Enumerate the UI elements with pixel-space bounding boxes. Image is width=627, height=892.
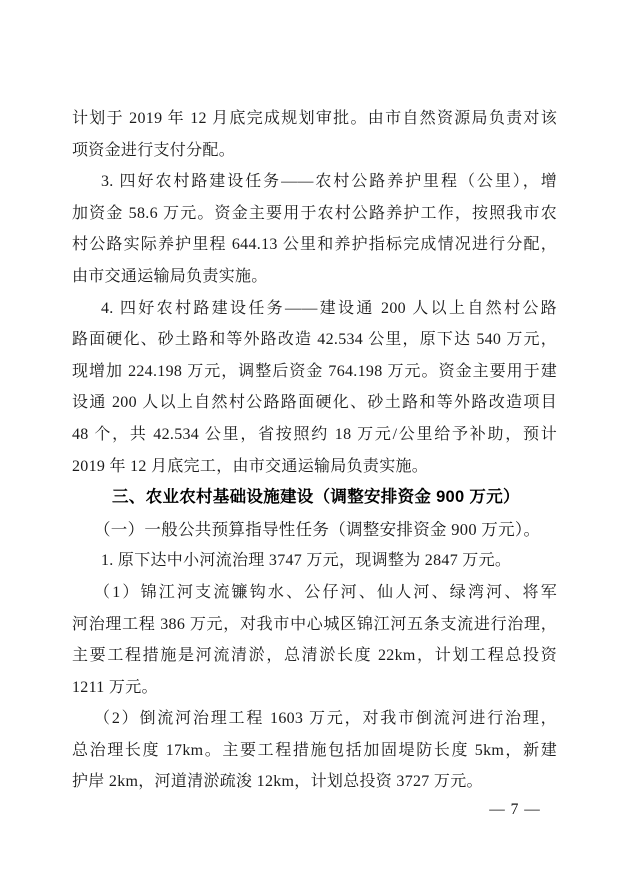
text-line: 48 个，共 42.534 公里，省按照约 18 万元/公里给予补助，预计	[72, 419, 557, 451]
subsection-heading: （一）一般公共预算指导性任务（调整安排资金 900 万元）。	[72, 514, 557, 546]
text-line: 河治理工程 386 万元，对我市中心城区锦江河五条支流进行治理，	[72, 609, 557, 641]
text-line: 项资金进行支付分配。	[72, 135, 557, 167]
text-line: 护岸 2km，河道清淤疏浚 12km，计划总投资 3727 万元。	[72, 766, 557, 798]
text-line: 总治理长度 17km。主要工程措施包括加固堤防长度 5km，新建	[72, 735, 557, 767]
page-number: — 7 —	[470, 799, 560, 821]
text-line: 现增加 224.198 万元，调整后资金 764.198 万元。资金主要用于建	[72, 356, 557, 388]
text-line: （2）倒流河治理工程 1603 万元，对我市倒流河进行治理，	[72, 703, 557, 735]
text-line: 村公路实际养护里程 644.13 公里和养护指标完成情况进行分配，	[72, 229, 557, 261]
text-line: 主要工程措施是河流清淤，总清淤长度 22km，计划工程总投资	[72, 640, 557, 672]
text-line: 设通 200 人以上自然村公路路面硬化、砂土路和等外路改造项目	[72, 387, 557, 419]
text-line: 1. 原下达中小河流治理 3747 万元，现调整为 2847 万元。	[72, 545, 557, 577]
text-line: 1211 万元。	[72, 672, 557, 704]
text-line: 由市交通运输局负责实施。	[72, 261, 557, 293]
text-line: 加资金 58.6 万元。资金主要用于农村公路养护工作，按照我市农	[72, 198, 557, 230]
document-page: 计划于 2019 年 12 月底完成规划审批。由市自然资源局负责对该项资金进行支…	[0, 0, 627, 892]
text-line: 4. 四好农村路建设任务——建设通 200 人以上自然村公路	[72, 293, 557, 325]
text-line: 3. 四好农村路建设任务——农村公路养护里程（公里），增	[72, 166, 557, 198]
section-heading: 三、农业农村基础设施建设（调整安排资金 900 万元）	[72, 482, 557, 514]
text-line: 计划于 2019 年 12 月底完成规划审批。由市自然资源局负责对该	[72, 103, 557, 135]
document-body: 计划于 2019 年 12 月底完成规划审批。由市自然资源局负责对该项资金进行支…	[72, 103, 557, 798]
text-line: （1）锦江河支流镰钩水、公仔河、仙人河、绿湾河、将军	[72, 577, 557, 609]
text-line: 路面硬化、砂土路和等外路改造 42.534 公里，原下达 540 万元，	[72, 324, 557, 356]
text-line: 2019 年 12 月底完工，由市交通运输局负责实施。	[72, 451, 557, 483]
